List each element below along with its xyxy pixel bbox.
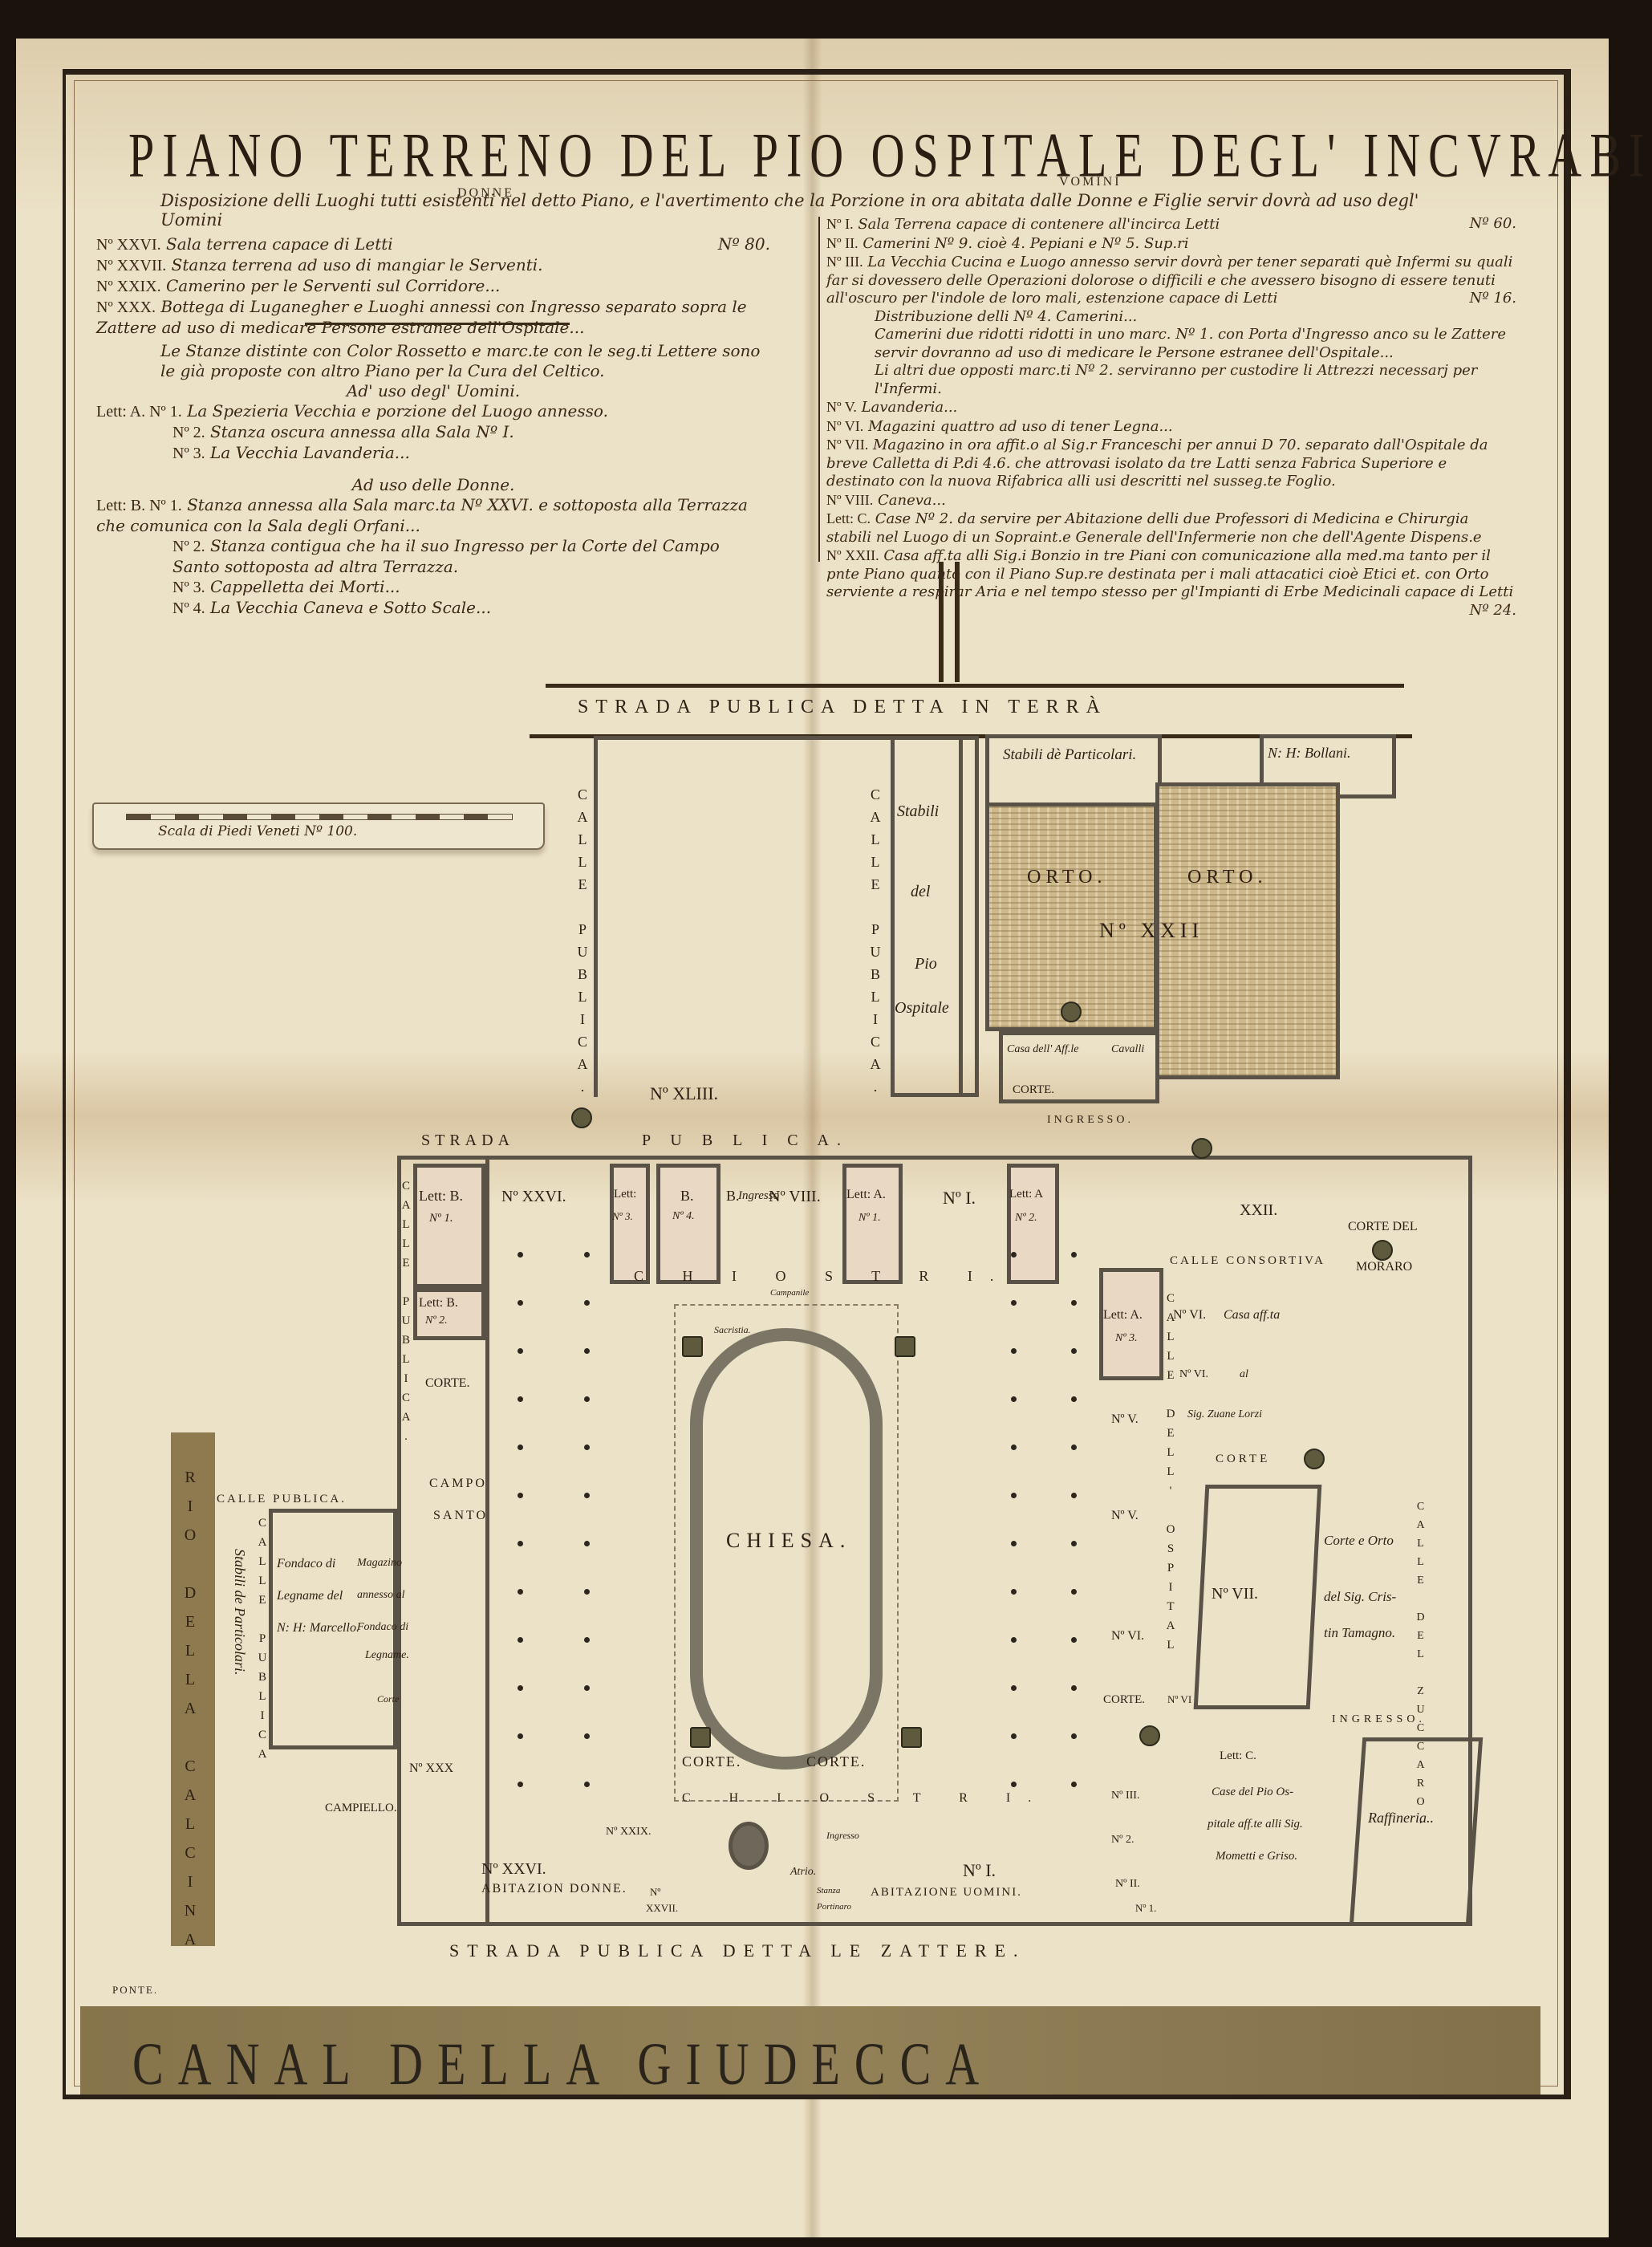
room-label: Cavalli <box>1111 1043 1144 1056</box>
legend-row: Lett: C. Case Nº 2. da servire per Abita… <box>826 510 1516 547</box>
room-label: Ingresso <box>826 1830 859 1842</box>
well-icon <box>690 1727 711 1748</box>
legend-row: Lett: B. Nº 1. Stanza annessa alla Sala … <box>96 495 770 536</box>
legend-row: Camerini due ridotti ridotti in uno marc… <box>826 326 1516 362</box>
bridge-label: PONTE. <box>112 1984 158 1997</box>
scale-bar-cartouche: Scala di Piedi Veneti Nº 100. <box>92 802 545 850</box>
room-label: Mometti e Griso. <box>1216 1850 1297 1863</box>
well-icon <box>895 1336 915 1357</box>
legend-row: Nº XXX. Bottega di Luganegher e Luoghi a… <box>96 297 770 338</box>
room-label: Corte e Orto <box>1324 1533 1394 1549</box>
room-label: SANTO <box>433 1509 488 1523</box>
legend-row: Nº 3. Cappelletta dei Morti... <box>96 577 770 598</box>
room-label: Nº <box>650 1886 660 1899</box>
room-label: Nº XXX <box>409 1761 453 1776</box>
room-label: Atrio. <box>790 1866 816 1879</box>
room-label: Magazino <box>357 1557 402 1570</box>
room-label: Nº II. <box>1115 1878 1140 1891</box>
street-label-vertical: CALLE PUBLICA <box>255 1517 269 1767</box>
street-label-vertical: CALLE PUBLICA. <box>574 786 591 1101</box>
legend-row: Nº VI. Magazini quattro ad uso di tener … <box>826 417 1516 437</box>
room-label: Corte <box>377 1693 399 1705</box>
room-label: Nº III. <box>1111 1790 1139 1802</box>
raffineria[interactable] <box>1350 1737 1483 1926</box>
well-icon <box>1304 1449 1325 1469</box>
room-label: Nº XXVI. <box>481 1860 546 1879</box>
street-label-north: STRADA PUBLICA DETTA IN TERRÀ <box>578 697 1107 718</box>
orto-number: Nº XXII <box>1099 919 1203 943</box>
legend-row: Nº XXIX. Camerino per le Serventi sul Co… <box>96 276 770 297</box>
cloister-label: C H I O S T R I. <box>634 1268 1011 1285</box>
room-b4[interactable] <box>656 1164 720 1284</box>
room-label: Portinaro <box>817 1902 851 1912</box>
well-icon <box>682 1336 703 1357</box>
room-label: CORTE <box>1216 1453 1270 1466</box>
room-label: Nº 1. <box>858 1212 881 1225</box>
room-label: CAMPIELLO. <box>325 1802 397 1815</box>
street-label: INGRESSO. <box>1047 1114 1134 1127</box>
room-label: Nº VI. <box>1111 1629 1144 1644</box>
room-label: Nº 3. <box>1115 1332 1138 1345</box>
room-label: Nº VI <box>1167 1693 1191 1706</box>
room-label: Legname del <box>277 1589 343 1603</box>
legend-row: Distribuzione delli Nº 4. Camerini... <box>826 308 1516 327</box>
legend-divider <box>818 217 820 562</box>
room-label: CORTE. <box>682 1753 741 1770</box>
street-label: CALLE CONSORTIVA <box>1170 1254 1325 1268</box>
room-lett-b1[interactable] <box>413 1164 485 1288</box>
room-label: CORTE. <box>425 1376 469 1391</box>
room-label: del <box>911 883 930 901</box>
legend-row: Nº II. Camerini Nº 9. cioè 4. Pepiani e … <box>826 234 1516 254</box>
map-title: PIANO TERRENO DEL PIO OSPITALE DEGL' INC… <box>128 119 1460 191</box>
room-label: Sacristia. <box>714 1324 751 1336</box>
street-label-vertical: CALLE DELL' OSPITAL <box>1163 1292 1177 1658</box>
room-label: Lett: A. <box>846 1188 886 1202</box>
well-icon <box>1139 1725 1160 1746</box>
legend-row: Nº 2. Stanza oscura annessa alla Sala Nº… <box>96 422 770 443</box>
room-label: Stabili de Particolari. <box>231 1549 248 1676</box>
legend-row: Nº V. Lavanderia... <box>826 398 1516 417</box>
legend-heading-uomini: Ad' uso degl' Uomini. <box>96 381 770 401</box>
room-label: B. <box>680 1188 694 1205</box>
room-lett-b3[interactable] <box>610 1164 650 1284</box>
room-label: Pio <box>915 955 937 973</box>
room-label: annesso al <box>357 1589 405 1602</box>
room-label: Nº 2. <box>1015 1212 1037 1225</box>
room-label: Stanza <box>817 1886 840 1896</box>
street-label-vertical: CALLE PUBLICA. <box>399 1180 412 1449</box>
room-label: ABITAZIONE UOMINI. <box>871 1886 1022 1900</box>
room-label: Campanile <box>770 1288 809 1298</box>
legend-row: Nº XXVII. Stanza terrena ad uso di mangi… <box>96 255 770 276</box>
room-label: Nº 2. <box>1111 1834 1134 1847</box>
room-label: Ospitale <box>895 999 949 1018</box>
well-icon <box>1061 1002 1082 1022</box>
street-label-south: STRADA PUBLICA DETTA LE ZATTERE. <box>449 1940 1026 1961</box>
room-lett-a3[interactable] <box>1099 1268 1163 1380</box>
legend-right: Nº I. Sala Terrena capace di contenere a… <box>826 215 1516 620</box>
room-label: Nº VIII. <box>769 1188 821 1206</box>
room-label: Stabili dè Particolari. <box>1003 746 1136 764</box>
room-label: MORARO <box>1356 1260 1412 1274</box>
building-stabili-pio <box>891 736 979 1097</box>
divider-rule <box>305 323 570 325</box>
room-label: CORTE. <box>1013 1083 1054 1097</box>
scale-bar <box>126 814 513 820</box>
room-label: Casa dell' Aff.le <box>1007 1043 1078 1056</box>
room-label: CORTE DEL <box>1348 1220 1418 1234</box>
well-icon <box>901 1727 922 1748</box>
legend-row: Nº I. Sala Terrena capace di contenere a… <box>826 215 1516 234</box>
legend-row: Nº 4. La Vecchia Caneva e Sotto Scale... <box>96 598 770 619</box>
room-label: Nº 4. <box>672 1210 695 1223</box>
legend-row: Nº III. La Vecchia Cucina e Luogo anness… <box>826 253 1516 308</box>
legend-note: Le Stanze distinte con Color Rossetto e … <box>96 341 770 381</box>
room-label: ABITAZION DONNE. <box>481 1882 627 1896</box>
street-label-vertical: CALLE PUBLICA. <box>867 786 883 1101</box>
room-label: Raffineria.. <box>1368 1810 1434 1826</box>
legend-row: Nº 3. La Vecchia Lavanderia... <box>96 443 770 464</box>
legend-row: Nº VII. Magazino in ora affit.o al Sig.r… <box>826 436 1516 491</box>
well-icon <box>1372 1240 1393 1261</box>
room-label: Fondaco di <box>277 1557 335 1571</box>
room-label: Sig. Zuane Lorzi <box>1187 1408 1262 1421</box>
canal-label: RIO DELLA CALCINA <box>181 1469 199 1960</box>
room-label: Legname. <box>365 1649 409 1662</box>
street-label: CALLE PUBLICA. <box>217 1493 347 1506</box>
legend-left-notes: Le Stanze distinte con Color Rossetto e … <box>96 341 770 619</box>
orto-label: ORTO. <box>1027 867 1106 888</box>
well-icon <box>1191 1138 1212 1159</box>
room-label: Lett: A. <box>1103 1308 1143 1323</box>
room-label: Stabili <box>897 802 939 821</box>
room-label: Nº 2. <box>425 1314 448 1327</box>
header-uomini: VOMINI <box>1059 175 1122 189</box>
room-label: tin Tamagno. <box>1324 1625 1395 1641</box>
room-label: del Sig. Cris- <box>1324 1589 1396 1605</box>
room-label: Casa aff.ta <box>1224 1308 1280 1323</box>
orto-label: ORTO. <box>1187 867 1267 888</box>
legend-heading-donne: Ad uso delle Donne. <box>96 475 770 495</box>
room-label: Nº XLIII. <box>650 1083 718 1104</box>
wall <box>485 1156 489 1926</box>
legend-row: Lett: A. Nº 1. La Spezieria Vecchia e po… <box>96 401 770 422</box>
room-label: Lett: C. <box>1220 1749 1256 1763</box>
room-label: CORTE. <box>1103 1693 1145 1707</box>
room-label: Nº VI. <box>1173 1308 1206 1323</box>
legend-row: Nº XXVI. Sala terrena capace di Letti Nº… <box>96 234 770 255</box>
room-label: Case del Pio Os- <box>1212 1786 1293 1799</box>
room-label: Nº XXIX. <box>606 1826 651 1839</box>
room-label: XXVII. <box>646 1902 678 1915</box>
well-icon <box>571 1107 592 1128</box>
room-label: Lett: <box>614 1188 636 1201</box>
room-label: Nº XXVI. <box>501 1188 566 1206</box>
room-label: Lett: A <box>1009 1188 1043 1201</box>
room-label: Nº 1. <box>1135 1902 1156 1915</box>
scale-label: Scala di Piedi Veneti Nº 100. <box>158 823 357 839</box>
room-label: Nº 1. <box>429 1212 453 1225</box>
room-label: Lett: B. <box>419 1296 458 1310</box>
street-label: STRADA <box>421 1132 514 1150</box>
room-label: Nº I. <box>963 1860 996 1881</box>
street-wall <box>939 562 944 682</box>
room-label: CORTE. <box>806 1753 866 1770</box>
room-label: al <box>1240 1368 1248 1381</box>
room-label: INGRESSO. <box>1332 1713 1426 1726</box>
legend-row: Nº 2. Stanza contigua che ha il suo Ingr… <box>96 536 770 577</box>
street-label: P U B L I C A. <box>642 1132 849 1150</box>
room-label: XXII. <box>1240 1201 1277 1220</box>
street-wall <box>546 684 1404 688</box>
cloister-label: C H I O S T R I. <box>682 1791 1049 1806</box>
room-label: Lett: B. <box>419 1188 463 1205</box>
room-label: pitale aff.te alli Sig. <box>1208 1818 1303 1831</box>
room-label: N: H: Bollani. <box>1268 745 1351 762</box>
orto-garden-1 <box>985 802 1158 1031</box>
room-label: Fondaco di <box>357 1621 408 1634</box>
street-wall <box>955 562 960 682</box>
legend-row: Nº XXII. Casa aff.ta alli Sig.i Bonzio i… <box>826 547 1516 602</box>
room-label: Nº V. <box>1111 1412 1139 1427</box>
room-label: CAMPO <box>429 1477 487 1491</box>
room-label: Nº VI. <box>1179 1368 1208 1381</box>
church-label: CHIESA. <box>726 1529 851 1553</box>
canal-label: CANAL DELLA GIUDECCA <box>132 2029 993 2099</box>
room-label: Nº 3. <box>612 1210 633 1223</box>
room-label: Nº I. <box>943 1188 976 1209</box>
room-label: Nº VII. <box>1212 1585 1258 1603</box>
legend-row: Li altri due opposti marc.ti Nº 2. servi… <box>826 362 1516 398</box>
room-label: N: H: Marcello. <box>277 1621 359 1635</box>
legend-row: Nº VIII. Caneva... <box>826 491 1516 510</box>
spiral-staircase <box>729 1822 769 1870</box>
room-label: Nº V. <box>1111 1509 1139 1523</box>
